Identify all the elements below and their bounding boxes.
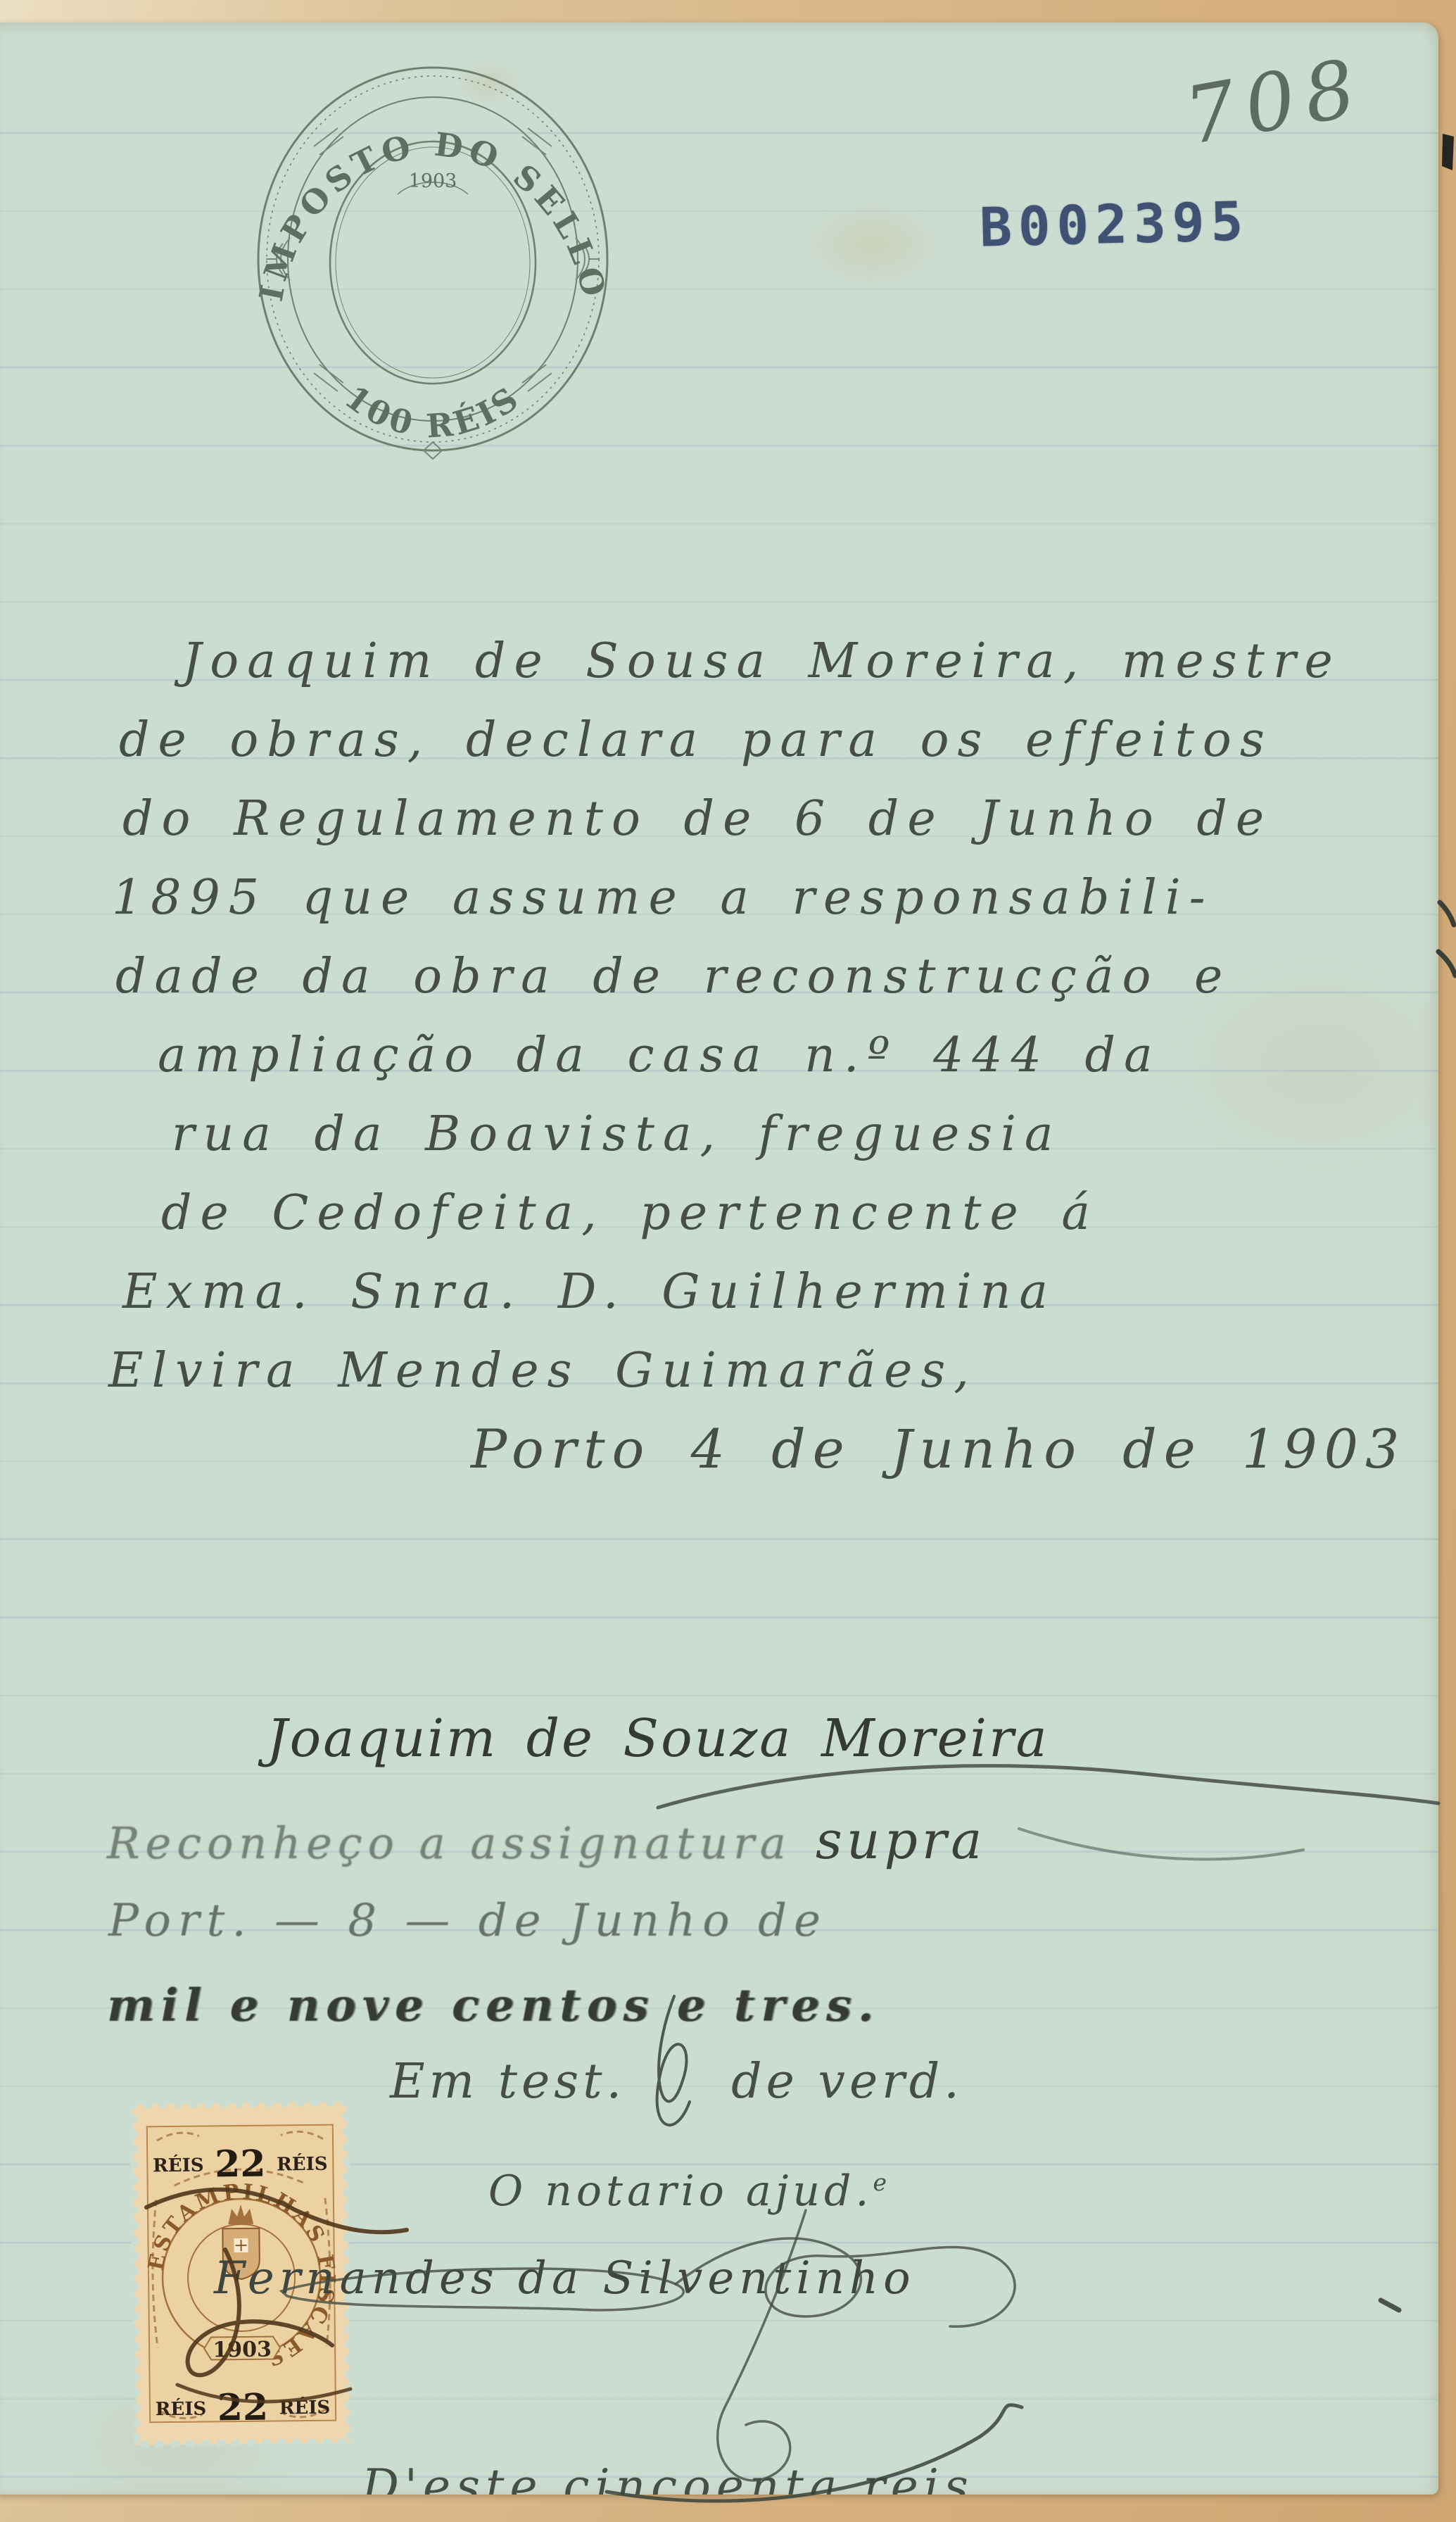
body-line: Exma. Snra. D. Guilhermina [122, 1264, 1056, 1320]
body-line: do Regulamento de 6 de Junho de [122, 791, 1272, 847]
edge-ink-mark [1440, 902, 1454, 925]
body-line: Joaquim de Sousa Moreira, mestre [182, 633, 1341, 689]
imposto-do-sello-seal: IMPOSTO DO SELLO 1903 100 RÉIS [246, 48, 619, 463]
svg-text:RÉIS: RÉIS [153, 2154, 204, 2177]
attest-left: Em test. [390, 2054, 626, 2110]
attest-right: de verd. [731, 2054, 963, 2110]
stamp-year: 1903 [213, 2338, 272, 2363]
svg-text:RÉIS: RÉIS [277, 2152, 328, 2176]
body-line: de Cedofeita, pertencente á [161, 1185, 1099, 1241]
body-line: dade da obra de reconstrucção e [115, 949, 1231, 1004]
notary-place-date-line: Port. — 8 — de Junho de [108, 1895, 828, 1947]
fee-note-line: D'este cincoenta reis [362, 2459, 974, 2495]
seal-year: 1903 [409, 170, 457, 192]
scanned-document-photo: { "page": { "folio_number": "708", "seri… [0, 0, 1456, 2522]
notary-attestation-line: Em test.de verd. [390, 2054, 963, 2110]
body-line: ampliação da casa n.º 444 da [158, 1028, 1161, 1083]
edge-dark-blotch [1442, 134, 1454, 170]
svg-text:IMPOSTO DO SELLO: IMPOSTO DO SELLO [252, 125, 614, 305]
ack-faded-text: Reconheço a assignatura [107, 1817, 792, 1869]
svg-text:22: 22 [215, 2143, 266, 2186]
folio-number: 708 [1179, 42, 1372, 163]
body-line: rua da Boavista, freguesia [172, 1106, 1061, 1162]
notary-role-line: O notario ajud.e [488, 2167, 891, 2216]
body-line: de obras, declara para os effeitos [119, 712, 1273, 768]
body-line: 1895 que assume a responsabili- [112, 870, 1214, 926]
seal-title: IMPOSTO DO SELLO [252, 125, 614, 305]
serial-number-stamp: B002395 [979, 189, 1250, 258]
notary-role-text: O notario ajud. [488, 2167, 873, 2216]
date-line: Porto 4 de Junho de 1903 [471, 1418, 1406, 1480]
notary-acknowledgment-line: Reconheço a assignaturasupra [107, 1810, 986, 1871]
edge-ink-mark [1438, 952, 1455, 976]
svg-text:22: 22 [217, 2386, 268, 2430]
ack-supra-word: supra [816, 1810, 987, 1871]
notary-year-words-line: mil e nove centos e tres. [107, 1979, 880, 2032]
svg-text:RÉIS: RÉIS [279, 2396, 331, 2419]
svg-text:RÉIS: RÉIS [156, 2397, 207, 2421]
notary-role-superscript: e [873, 2169, 891, 2196]
notary-name-signature: Fernandes da Silventinho [214, 2252, 916, 2305]
declarant-signature: Joaquim de Souza Moreira [267, 1708, 1049, 1769]
body-line: Elvira Mendes Guimarães, [108, 1343, 977, 1399]
document-paper: IMPOSTO DO SELLO 1903 100 RÉIS 708 B0023… [0, 23, 1438, 2495]
